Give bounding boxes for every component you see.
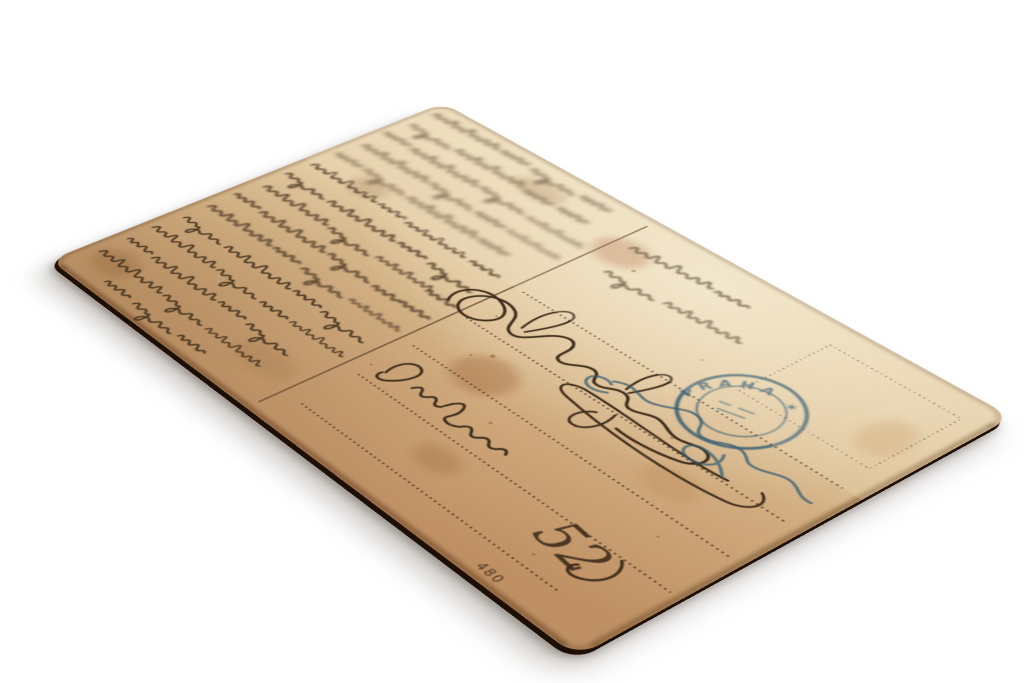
photo-scene: 52 480 PRAHA ✶ <box>0 0 1024 683</box>
